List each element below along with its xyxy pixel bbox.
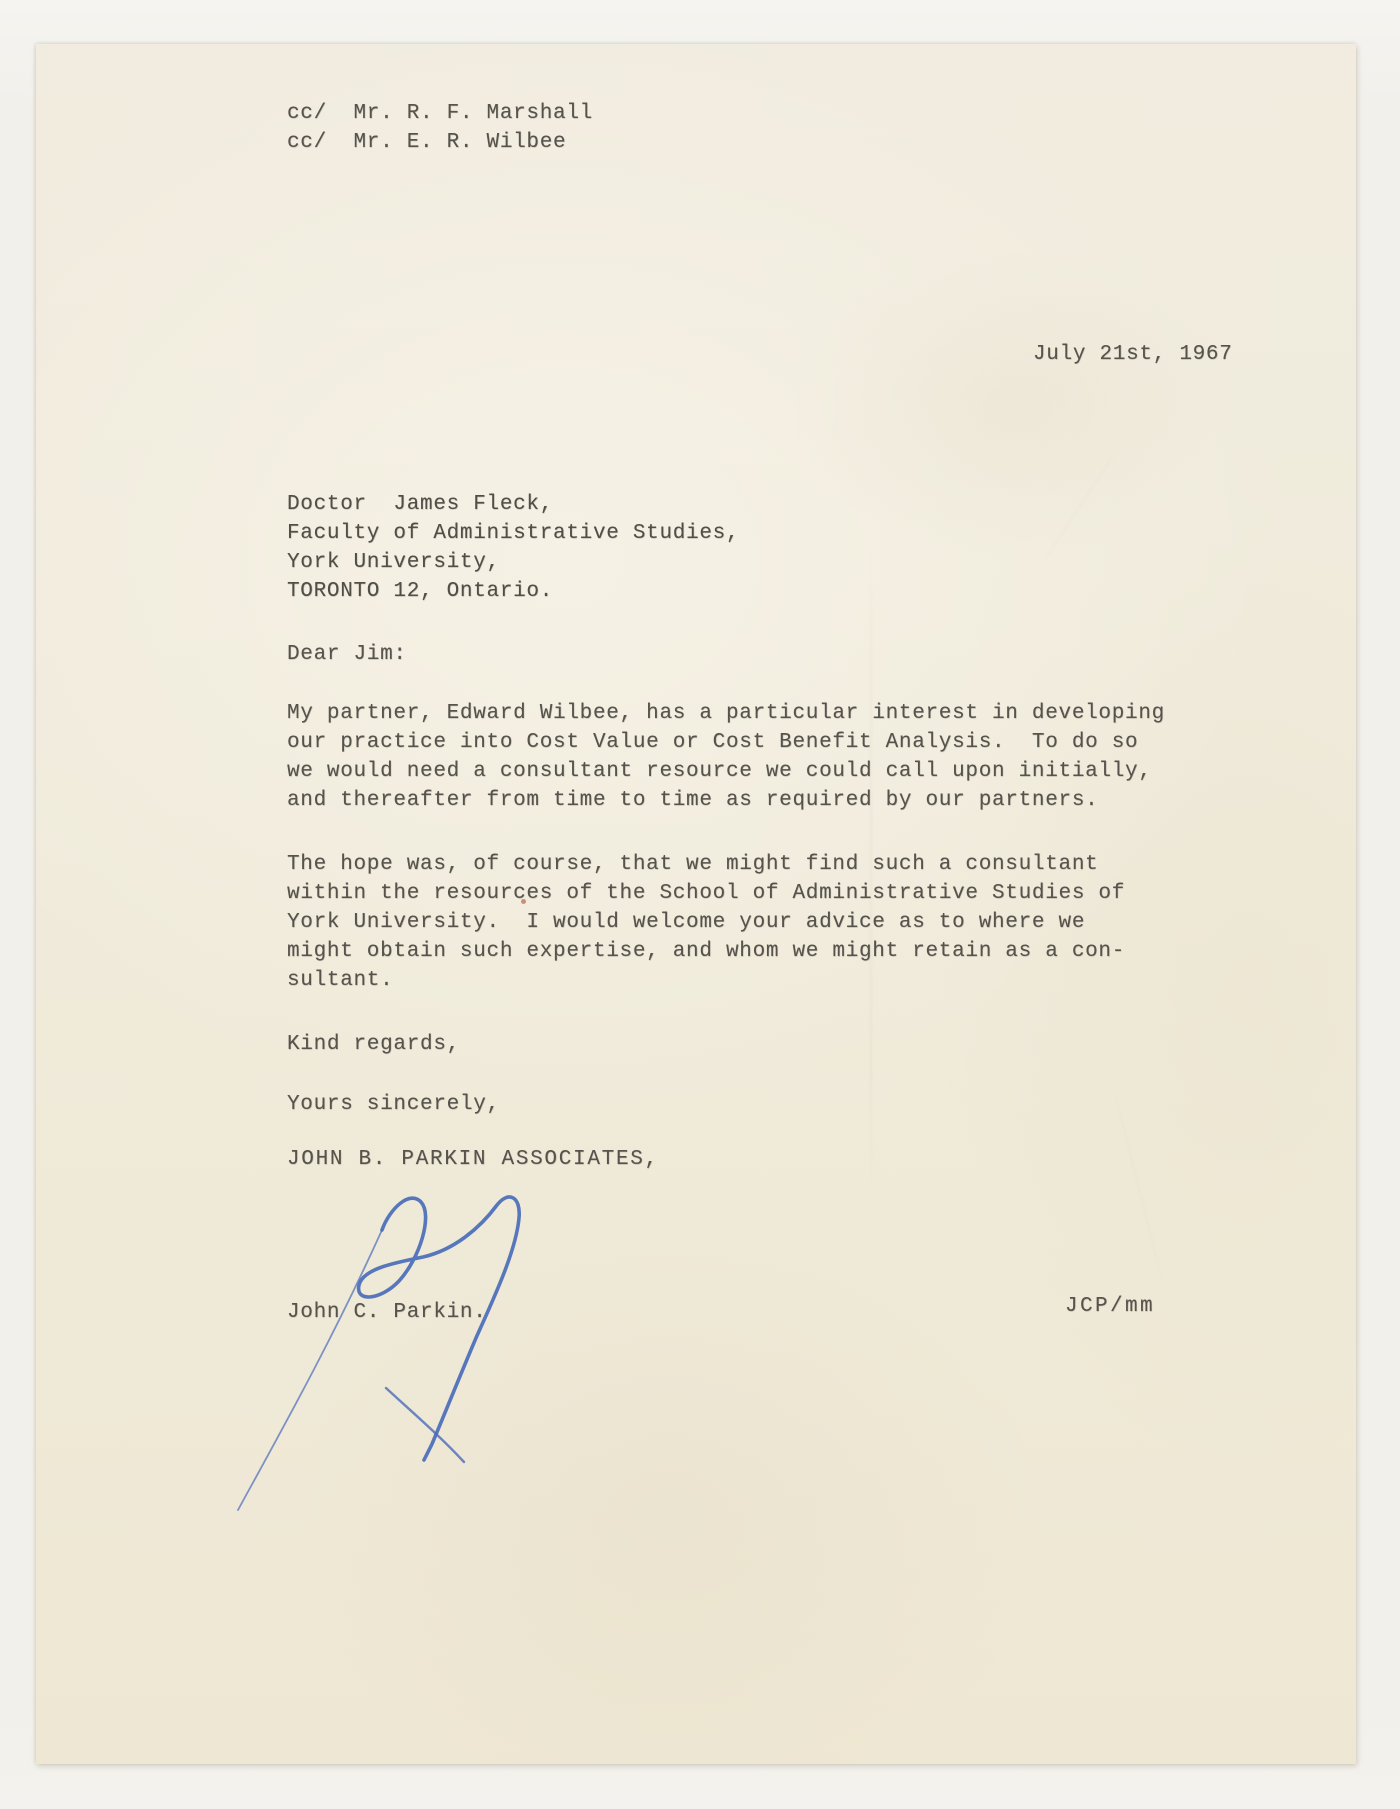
recipient-address-block: Doctor James Fleck, Faculty of Administr…: [287, 490, 739, 606]
body-paragraph-1: My partner, Edward Wilbee, has a particu…: [287, 699, 1165, 815]
paper-speck: [521, 899, 526, 904]
scanned-letter-page: cc/ Mr. R. F. Marshall cc/ Mr. E. R. Wil…: [0, 0, 1400, 1809]
company-name-line: JOHN B. PARKIN ASSOCIATES,: [287, 1145, 659, 1174]
letter-paper: cc/ Mr. R. F. Marshall cc/ Mr. E. R. Wil…: [36, 44, 1356, 1764]
signature-icon: [230, 1190, 530, 1570]
salutation: Dear Jim:: [287, 640, 407, 669]
body-paragraph-2: The hope was, of course, that we might f…: [287, 850, 1125, 995]
letter-date: July 21st, 1967: [1033, 340, 1233, 369]
typist-reference: JCP/mm: [1065, 1292, 1155, 1321]
cc-block: cc/ Mr. R. F. Marshall cc/ Mr. E. R. Wil…: [287, 99, 593, 157]
signer-name-line: John C. Parkin.: [287, 1298, 487, 1327]
valediction: Yours sincerely,: [287, 1090, 500, 1119]
regards-line: Kind regards,: [287, 1030, 460, 1059]
paper-crease-diagonal-bottom: [1112, 1082, 1165, 1291]
paper-crease-diagonal-top: [1040, 441, 1123, 567]
